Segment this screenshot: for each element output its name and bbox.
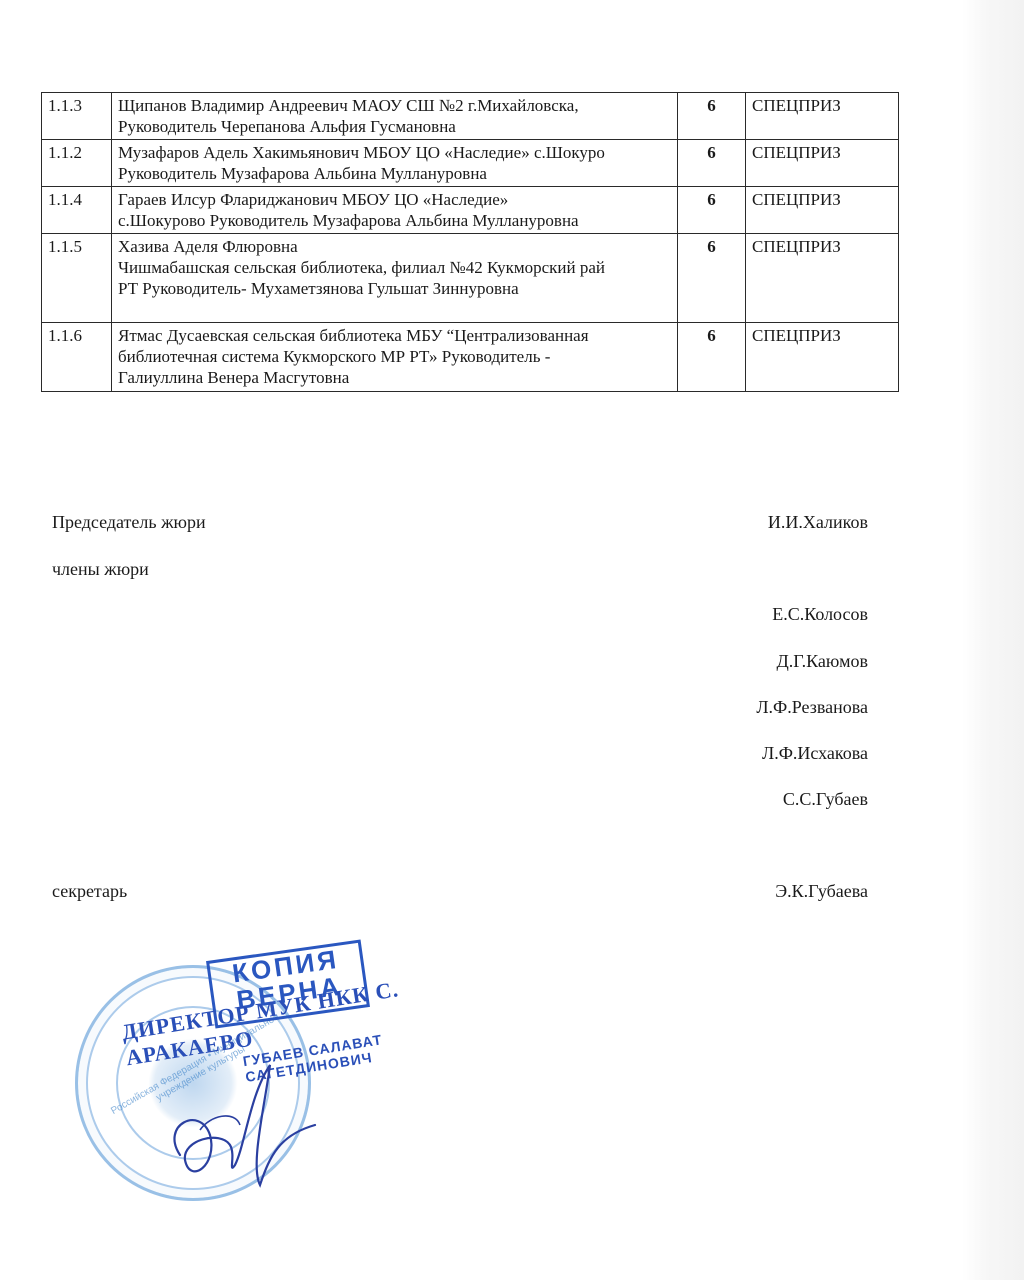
row-score: 6 bbox=[678, 234, 746, 323]
chair-label: Председатель жюри bbox=[52, 512, 206, 533]
row-score: 6 bbox=[678, 323, 746, 392]
row-award: СПЕЦПРИЗ bbox=[746, 234, 899, 323]
table-row: 1.1.2 Музафаров Адель Хакимьянович МБОУ … bbox=[42, 140, 899, 187]
row-score: 6 bbox=[678, 140, 746, 187]
row-description: Щипанов Владимир Андреевич МАОУ СШ №2 г.… bbox=[112, 93, 678, 140]
stamp-area: Российская Федерация • Муниципальное учр… bbox=[70, 945, 490, 1195]
row-number: 1.1.6 bbox=[42, 323, 112, 392]
description-line: Щипанов Владимир Андреевич МАОУ СШ №2 г.… bbox=[118, 95, 671, 116]
table-row: 1.1.6 Ятмас Дусаевская сельская библиоте… bbox=[42, 323, 899, 392]
row-award: СПЕЦПРИЗ bbox=[746, 140, 899, 187]
row-score: 6 bbox=[678, 187, 746, 234]
row-number: 1.1.2 bbox=[42, 140, 112, 187]
row-award: СПЕЦПРИЗ bbox=[746, 93, 899, 140]
secretary-label: секретарь bbox=[52, 881, 127, 902]
scan-edge bbox=[962, 0, 1024, 1280]
member-name: Д.Г.Каюмов bbox=[776, 651, 868, 672]
chair-name: И.И.Халиков bbox=[768, 512, 868, 533]
member-name: Л.Ф.Резванова bbox=[756, 697, 868, 718]
row-award: СПЕЦПРИЗ bbox=[746, 187, 899, 234]
description-line: Галиуллина Венера Масгутовна bbox=[118, 367, 671, 388]
row-description: Гараев Илсур Флариджанович МБОУ ЦО «Насл… bbox=[112, 187, 678, 234]
description-line: Хазива Аделя Флюровна bbox=[118, 236, 671, 257]
description-line: РТ Руководитель- Мухаметзянова Гульшат З… bbox=[118, 278, 671, 299]
row-description: Ятмас Дусаевская сельская библиотека МБУ… bbox=[112, 323, 678, 392]
member-name: Е.С.Колосов bbox=[772, 604, 868, 625]
description-line: Ятмас Дусаевская сельская библиотека МБУ… bbox=[118, 325, 671, 346]
description-line: Руководитель Черепанова Альфия Гусмановн… bbox=[118, 116, 671, 137]
row-number: 1.1.3 bbox=[42, 93, 112, 140]
members-label: члены жюри bbox=[52, 559, 149, 580]
member-name: Л.Ф.Исхакова bbox=[762, 743, 868, 764]
member-name: С.С.Губаев bbox=[783, 789, 868, 810]
row-number: 1.1.5 bbox=[42, 234, 112, 323]
description-line: Музафаров Адель Хакимьянович МБОУ ЦО «На… bbox=[118, 142, 671, 163]
row-award: СПЕЦПРИЗ bbox=[746, 323, 899, 392]
description-line: Руководитель Музафарова Альбина Мулланур… bbox=[118, 163, 671, 184]
description-line: библиотечная система Кукморского МР РТ» … bbox=[118, 346, 671, 367]
description-line: Чишмабашская сельская библиотека, филиал… bbox=[118, 257, 671, 278]
awards-table: 1.1.3 Щипанов Владимир Андреевич МАОУ СШ… bbox=[41, 92, 899, 392]
handwritten-signature-icon bbox=[140, 1035, 340, 1195]
secretary-name: Э.К.Губаева bbox=[775, 881, 868, 902]
row-score: 6 bbox=[678, 93, 746, 140]
table-row: 1.1.4 Гараев Илсур Флариджанович МБОУ ЦО… bbox=[42, 187, 899, 234]
row-description: Хазива Аделя Флюровна Чишмабашская сельс… bbox=[112, 234, 678, 323]
row-number: 1.1.4 bbox=[42, 187, 112, 234]
description-line: Гараев Илсур Флариджанович МБОУ ЦО «Насл… bbox=[118, 189, 671, 210]
table-row: 1.1.3 Щипанов Владимир Андреевич МАОУ СШ… bbox=[42, 93, 899, 140]
description-line: с.Шокурово Руководитель Музафарова Альби… bbox=[118, 210, 671, 231]
table-row: 1.1.5 Хазива Аделя Флюровна Чишмабашская… bbox=[42, 234, 899, 323]
row-description: Музафаров Адель Хакимьянович МБОУ ЦО «На… bbox=[112, 140, 678, 187]
